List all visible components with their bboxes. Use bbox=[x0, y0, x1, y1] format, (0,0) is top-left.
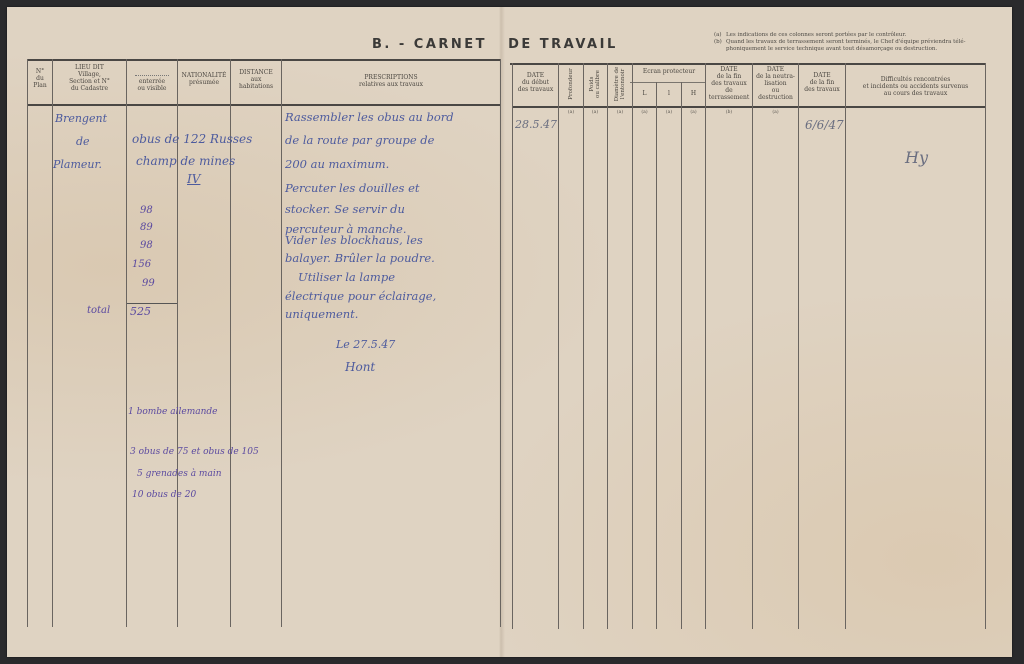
col-line bbox=[583, 63, 584, 629]
col-line bbox=[705, 63, 706, 629]
count-2: 89 bbox=[140, 222, 153, 233]
item-1: 1 bombe allemande bbox=[128, 407, 217, 417]
count-3: 98 bbox=[140, 240, 153, 251]
header-poids: Poidsou calibre bbox=[589, 60, 601, 108]
sub-label: (a) bbox=[583, 110, 607, 115]
prescription-line: électrique pour éclairage, bbox=[285, 289, 436, 303]
col-line bbox=[126, 59, 127, 627]
prescription-line: Rassembler les obus au bord bbox=[285, 110, 454, 124]
col-line bbox=[512, 63, 513, 629]
total-rule bbox=[127, 303, 177, 304]
col-line bbox=[845, 63, 846, 629]
sub-label: (a) bbox=[633, 110, 656, 115]
footnote-b: (b)Quand les travaux de terrassement ser… bbox=[714, 39, 966, 46]
col-line bbox=[281, 59, 282, 627]
col-line bbox=[985, 63, 986, 629]
prescription-line: Utiliser la lampe bbox=[298, 270, 395, 284]
prescription-date: Le 27.5.47 bbox=[336, 338, 395, 351]
table-top-border-left bbox=[27, 59, 500, 61]
col-line bbox=[52, 59, 53, 627]
header-prescriptions: PRESCRIPTIONSrelatives aux travaux bbox=[282, 74, 500, 88]
col-line bbox=[656, 82, 657, 629]
header-distance: DISTANCEauxhabitations bbox=[231, 69, 281, 90]
count-4: 156 bbox=[132, 259, 151, 270]
date-fin-value: 6/6/47 bbox=[805, 118, 844, 132]
header-diametre: Diamètre del'entonnoir bbox=[614, 60, 626, 108]
footnotes: (a)Les indications de ces colonnes seron… bbox=[714, 32, 966, 53]
header-date-fin-terrassement: DATEde la findes travauxdeterrassement bbox=[706, 66, 752, 101]
col-line bbox=[798, 63, 799, 629]
visa-mark: Hy bbox=[905, 148, 928, 167]
header-ecran-H: H bbox=[682, 90, 705, 97]
header-ecran: Ecran protecteur bbox=[633, 68, 705, 75]
prescription-line: stocker. Se servir du bbox=[285, 202, 405, 216]
header-nationalite: NATIONALITÉprésumée bbox=[178, 72, 230, 86]
prescription-line: uniquement. bbox=[285, 307, 358, 321]
sub-label: (a) bbox=[682, 110, 705, 115]
count-5: 99 bbox=[142, 278, 155, 289]
col-line bbox=[681, 82, 682, 629]
prescription-line: Percuter les douilles et bbox=[285, 181, 420, 195]
item-2: 3 obus de 75 et obus de 105 bbox=[130, 447, 259, 457]
document-title: B. - CARNET DE TRAVAIL bbox=[372, 37, 618, 52]
sub-label: (a) bbox=[608, 110, 632, 115]
table-top-border-right bbox=[510, 63, 986, 65]
prescription-line: de la route par groupe de bbox=[285, 133, 434, 147]
sub-label: (a) bbox=[657, 110, 681, 115]
header-difficultes: Difficultés rencontréeset incidents ou a… bbox=[846, 76, 985, 97]
header-no-plan: N°duPlan bbox=[28, 68, 52, 89]
header-ecran-L: L bbox=[633, 90, 656, 97]
prescription-line: Vider les blockhaus, les bbox=[285, 233, 423, 247]
header-lieu-dit: LIEU DITVillage,Section et N°du Cadastre bbox=[53, 64, 126, 92]
ecran-divider bbox=[630, 82, 705, 83]
sub-label: (b) bbox=[706, 110, 752, 115]
header-ecran-l: l bbox=[657, 90, 681, 97]
header-profondeur: Profondeur bbox=[568, 60, 574, 108]
col-line bbox=[632, 63, 633, 629]
total-value: 525 bbox=[130, 305, 151, 318]
prescription-line: 200 au maximum. bbox=[285, 157, 389, 171]
header-bottom-rule-left bbox=[27, 104, 500, 106]
count-1: 98 bbox=[140, 205, 153, 216]
lieu-dit-line1: Brengent bbox=[55, 112, 107, 125]
sub-label: (a) bbox=[753, 110, 798, 115]
item-4: 10 obus de 20 bbox=[132, 490, 196, 500]
col-line bbox=[500, 59, 501, 627]
description-line2: champ de mines bbox=[136, 154, 235, 168]
col-line bbox=[27, 59, 28, 627]
footnote-a: (a)Les indications de ces colonnes seron… bbox=[714, 32, 966, 39]
header-date-fin: DATEde la findes travaux bbox=[799, 72, 845, 93]
description-line3: IV bbox=[187, 172, 200, 186]
sub-label: (a) bbox=[559, 110, 583, 115]
col-line bbox=[752, 63, 753, 629]
lieu-dit-line3: Plameur. bbox=[53, 158, 102, 171]
col-line bbox=[607, 63, 608, 629]
date-debut-value: 28.5.47 bbox=[515, 118, 557, 131]
header-date-neutralisation: DATEde la neutra-lisationoudestruction bbox=[753, 66, 798, 101]
total-label: total bbox=[87, 305, 110, 316]
lieu-dit-line2: de bbox=[76, 135, 90, 148]
col-line bbox=[558, 63, 559, 629]
header-date-debut: DATEdu débutdes travaux bbox=[513, 72, 558, 93]
prescription-line: balayer. Brûler la poudre. bbox=[285, 251, 435, 265]
description-line1: obus de 122 Russes bbox=[132, 132, 252, 146]
header-enterree: enterréeou visible bbox=[127, 75, 177, 92]
prescription-signature: Hont bbox=[345, 360, 375, 374]
footnote-b-continued: phoniquement le service technique avant … bbox=[714, 46, 966, 53]
item-3: 5 grenades à main bbox=[137, 469, 222, 479]
